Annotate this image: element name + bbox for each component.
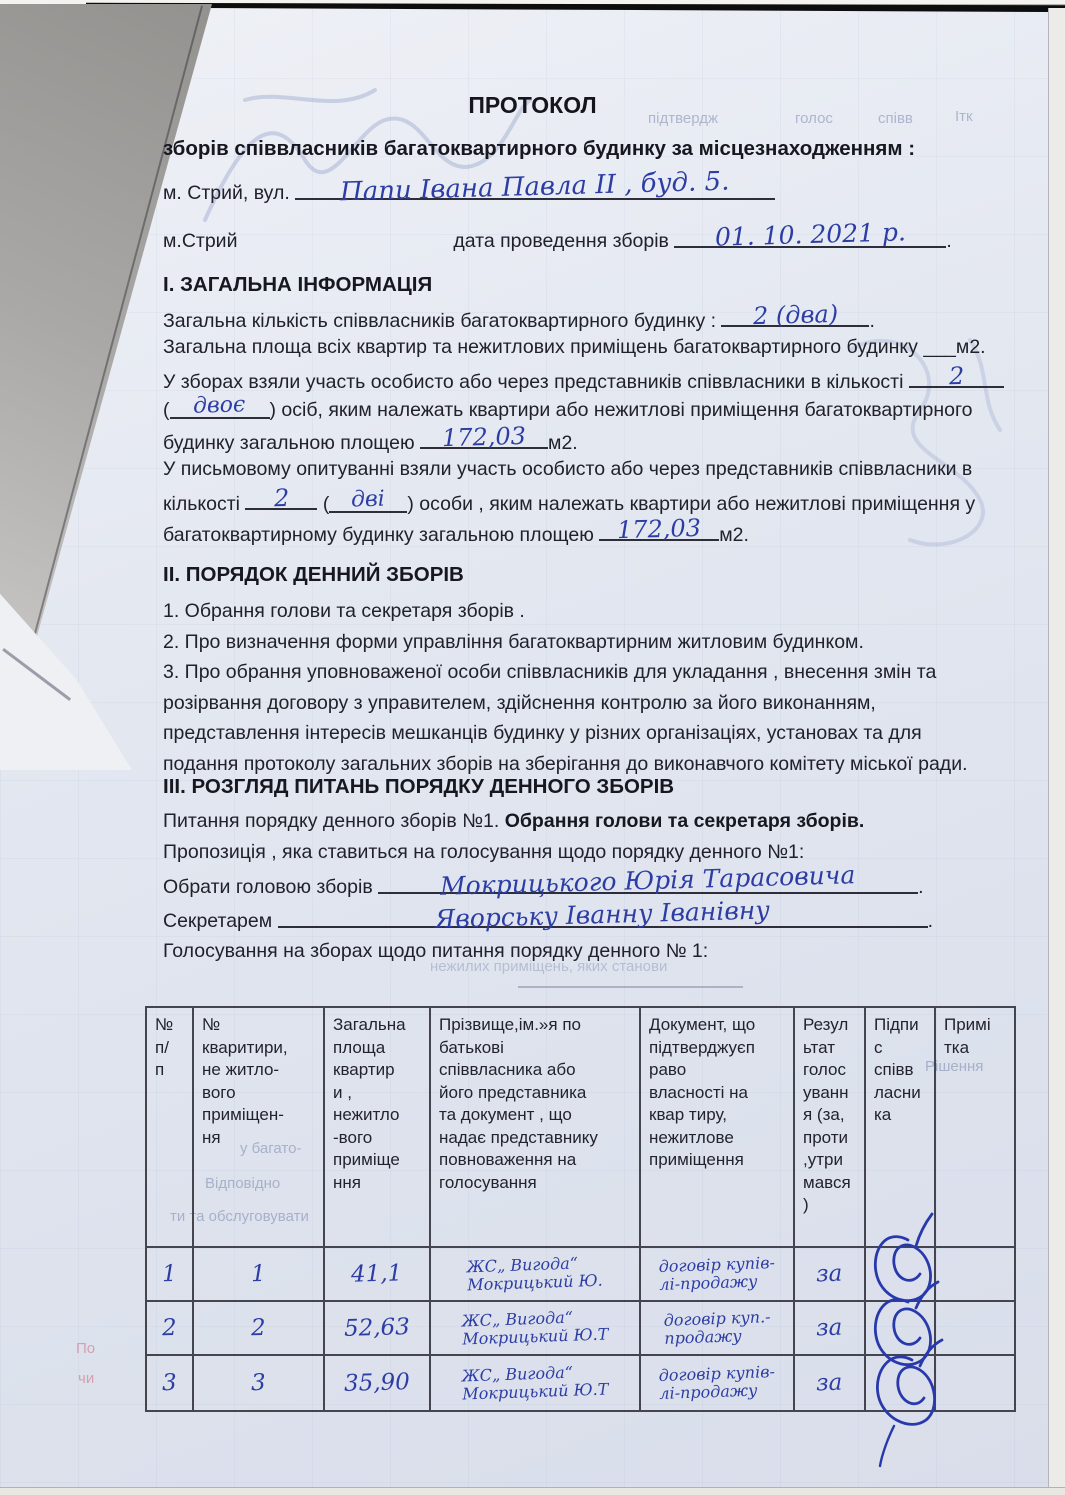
participants-line-2: (двоє) осіб, яким належать квартири або …: [163, 397, 1004, 428]
city-label: м.Стрий: [163, 230, 237, 252]
voting-table: № п/ п № кваритири, не житло- вого примі…: [145, 1006, 1016, 1412]
table-row-1-signature: [866, 1248, 936, 1302]
table-row-1-doc: договір купів- лі-продажу: [641, 1248, 795, 1302]
table-row-2-doc: договір куп.- продажу: [641, 1302, 795, 1356]
total-owners-label: Загальна кількість співвласників багаток…: [163, 310, 716, 332]
table-header-owner: Прізвище,ім.»я по батькові співвласника …: [431, 1008, 641, 1248]
table-header-signature: Підпи с співв ласни ка: [866, 1008, 936, 1248]
table-row-3-area: 35,90: [325, 1356, 431, 1410]
written-count-label: кількості: [163, 493, 240, 515]
area-owned-handwritten: 172,03: [442, 422, 527, 452]
total-area-blank: ___: [923, 336, 956, 358]
written-area-suffix: м2.: [719, 524, 749, 546]
table-row-2-apt: 2: [194, 1302, 325, 1356]
secretary-suffix: .: [928, 910, 933, 932]
question-1-bold: Обрання голови та секретаря зборів.: [505, 810, 865, 832]
written-area-blank: 172,03: [599, 519, 719, 541]
document-title: ПРОТОКОЛ: [0, 92, 1065, 119]
address-label: м. Стрий, вул.: [163, 182, 290, 204]
written-survey-line-2: кількості 2 (дві) особи , яким належать …: [163, 488, 1004, 519]
table-row-1-area: 41,1: [325, 1248, 431, 1302]
ghost-bleed-line: [518, 986, 743, 988]
table-header-document: Документ, що підтверджуєп раво власності…: [641, 1008, 795, 1248]
written-area-label: багатоквартирному будинку загальною площ…: [163, 524, 594, 546]
table-row-3-num: 3: [147, 1356, 194, 1410]
table-header-area: Загальна площа квартир и , нежитло -вого…: [325, 1008, 431, 1248]
handwritten-num: 3: [162, 1370, 177, 1396]
document-subtitle: зборів співвласників багатоквартирного б…: [163, 136, 915, 162]
handwritten-apt: 3: [251, 1370, 266, 1396]
meeting-date-blank: 01. 10. 2021 р.: [674, 226, 946, 248]
participants-words-handwritten: двоє: [193, 392, 246, 418]
total-owners-handwritten-value: 2 (два): [753, 300, 839, 330]
city-date-line: м.Стрий дата проведення зборів 01. 10. 2…: [163, 226, 952, 254]
ghost-red-text: По: [76, 1340, 95, 1357]
participants-line-3: будинку загальною площею 172,03м2.: [163, 427, 1004, 458]
section-review-heading: ІІІ. РОЗГЛЯД ПИТАНЬ ПОРЯДКУ ДЕННОГО ЗБОР…: [163, 774, 674, 800]
scanned-page: підтвердж голос співв Ітк нежилих приміщ…: [0, 0, 1065, 1495]
participants-rest: ) осіб, яким належать квартири або нежит…: [270, 399, 973, 421]
handwritten-area: 41,1: [351, 1260, 403, 1287]
handwritten-apt: 2: [251, 1315, 266, 1341]
table-row-2-note: [936, 1302, 1014, 1356]
handwritten-num: 1: [162, 1261, 177, 1287]
trailing-period: .: [946, 230, 951, 252]
document-content: підтвердж голос співв Ітк нежилих приміщ…: [0, 0, 1065, 1495]
secretary-blank: Яворську Іванну Іванівну: [278, 906, 928, 928]
participants-words-blank: двоє: [170, 397, 270, 419]
agenda-item-3: 3. Про обрання уповноваженої особи співв…: [163, 657, 968, 779]
total-area-label: Загальна площа всіх квартир та нежитлови…: [163, 336, 918, 358]
handwritten-area: 35,90: [344, 1369, 411, 1397]
table-row-2-num: 2: [147, 1302, 194, 1356]
table-row-1-num: 1: [147, 1248, 194, 1302]
ghost-red-text: чи: [78, 1370, 94, 1387]
total-area-line: Загальна площа всіх квартир та нежитлови…: [163, 336, 1004, 367]
total-owners-suffix: .: [869, 310, 874, 332]
secretary-handwritten-name: Яворську Іванну Іванівну: [435, 897, 770, 932]
table-row-3-signature: [866, 1356, 936, 1410]
table-row-1-owner: ЖС„ Вигода“ Мокрицький Ю.: [431, 1248, 641, 1302]
written-rest: ) особи , яким належать квартири або неж…: [407, 493, 975, 515]
handwritten-doc: договір купів- лі-продажу: [658, 1363, 775, 1403]
chair-blank: Мокрицького Юрія Тарасовича: [378, 872, 918, 894]
stray-pen-mark: [872, 1424, 902, 1468]
table-row-3-apt: 3: [194, 1356, 325, 1410]
written-survey-line-1: У письмовому опитуванні взяли участь осо…: [163, 458, 1004, 489]
table-row-3-owner: ЖС„ Вигода“ Мокрицький Ю.Т: [431, 1356, 641, 1410]
address-handwritten-value: Папи Івана Павла ІІ , буд. 5.: [340, 169, 730, 206]
written-words-blank: дві: [329, 491, 407, 513]
handwritten-doc: договір куп.- продажу: [663, 1308, 771, 1348]
handwritten-area: 52,63: [344, 1314, 411, 1342]
table-row-3-vote: за: [795, 1356, 866, 1410]
question-1-label: Питання порядку денного зборів №1.: [163, 810, 499, 832]
secretary-line: Секретарем Яворську Іванну Іванівну.: [163, 906, 933, 934]
meeting-date-label: дата проведення зборів: [453, 230, 669, 252]
handwritten-owner: ЖС„ Вигода“ Мокрицький Ю.: [467, 1254, 604, 1295]
handwritten-vote: за: [816, 1370, 843, 1397]
agenda-item-2: 2. Про визначення форми управління багат…: [163, 627, 968, 658]
handwritten-doc: договір купів- лі-продажу: [658, 1254, 775, 1294]
total-area-suffix: м2.: [956, 336, 986, 358]
participants-line-1: У зборах взяли участь особисто або через…: [163, 366, 1004, 397]
address-blank: Папи Івана Павла ІІ , буд. 5.: [295, 178, 775, 200]
area-owned-blank: 172,03: [420, 427, 548, 449]
voting-line: Голосування на зборах щодо питання поряд…: [163, 938, 708, 964]
written-survey-line-3: багатоквартирному будинку загальною площ…: [163, 519, 1004, 550]
handwritten-owner: ЖС„ Вигода“ Мокрицький Ю.Т: [461, 1307, 608, 1348]
handwritten-vote: за: [816, 1261, 843, 1288]
secretary-label: Секретарем: [163, 910, 272, 932]
written-area-handwritten: 172,03: [617, 513, 702, 543]
table-row-3-doc: договір купів- лі-продажу: [641, 1356, 795, 1410]
participants-label: У зборах взяли участь особисто або через…: [163, 371, 903, 393]
handwritten-owner: ЖС„ Вигода“ Мокрицький Ю.Т: [461, 1362, 608, 1403]
section-general-heading: І. ЗАГАЛЬНА ІНФОРМАЦІЯ: [163, 272, 432, 298]
table-header-note: Примі тка: [936, 1008, 1014, 1248]
handwritten-apt: 1: [251, 1261, 266, 1287]
table-row-2-owner: ЖС„ Вигода“ Мокрицький Ю.Т: [431, 1302, 641, 1356]
chair-label: Обрати головою зборів: [163, 876, 373, 898]
table-header-result: Резул ьтат голос уванн я (за, проти ,утр…: [795, 1008, 866, 1248]
total-owners-blank: 2 (два): [721, 305, 869, 327]
total-owners-line: Загальна кількість співвласників багаток…: [163, 305, 1004, 336]
chair-line: Обрати головою зборів Мокрицького Юрія Т…: [163, 872, 924, 900]
table-row-2-vote: за: [795, 1302, 866, 1356]
proposal-line: Пропозиція , яка ставиться на голосуванн…: [163, 839, 804, 865]
chair-suffix: .: [918, 876, 923, 898]
meeting-date-handwritten-value: 01. 10. 2021 р.: [715, 219, 907, 250]
written-count-blank: 2: [245, 488, 317, 510]
section-agenda-heading: ІІ. ПОРЯДОК ДЕННИЙ ЗБОРІВ: [163, 562, 464, 588]
table-row-2-signature: [866, 1302, 936, 1356]
chair-handwritten-name: Мокрицького Юрія Тарасовича: [440, 862, 856, 900]
written-count-handwritten: 2: [273, 484, 289, 512]
participants-count-blank: 2: [909, 366, 1004, 388]
table-header-apartment: № кваритири, не житло- вого приміщен- ня: [194, 1008, 325, 1248]
area-owned-suffix: м2.: [548, 432, 578, 454]
handwritten-vote: за: [816, 1315, 843, 1342]
table-row-1-apt: 1: [194, 1248, 325, 1302]
handwritten-num: 2: [162, 1315, 177, 1341]
area-owned-label: будинку загальною площею: [163, 432, 415, 454]
table-row-2-area: 52,63: [325, 1302, 431, 1356]
participants-count-handwritten: 2: [948, 362, 964, 390]
table-row-1-vote: за: [795, 1248, 866, 1302]
agenda-item-1: 1. Обрання голови та секретаря зборів .: [163, 596, 968, 627]
table-row-1-note: [936, 1248, 1014, 1302]
question-1-line: Питання порядку денного зборів №1. Обран…: [163, 808, 864, 834]
table-header-num: № п/ п: [147, 1008, 194, 1248]
written-words-handwritten: дві: [351, 487, 385, 513]
address-line: м. Стрий, вул. Папи Івана Павла ІІ , буд…: [163, 178, 775, 206]
table-row-3-note: [936, 1356, 1014, 1410]
